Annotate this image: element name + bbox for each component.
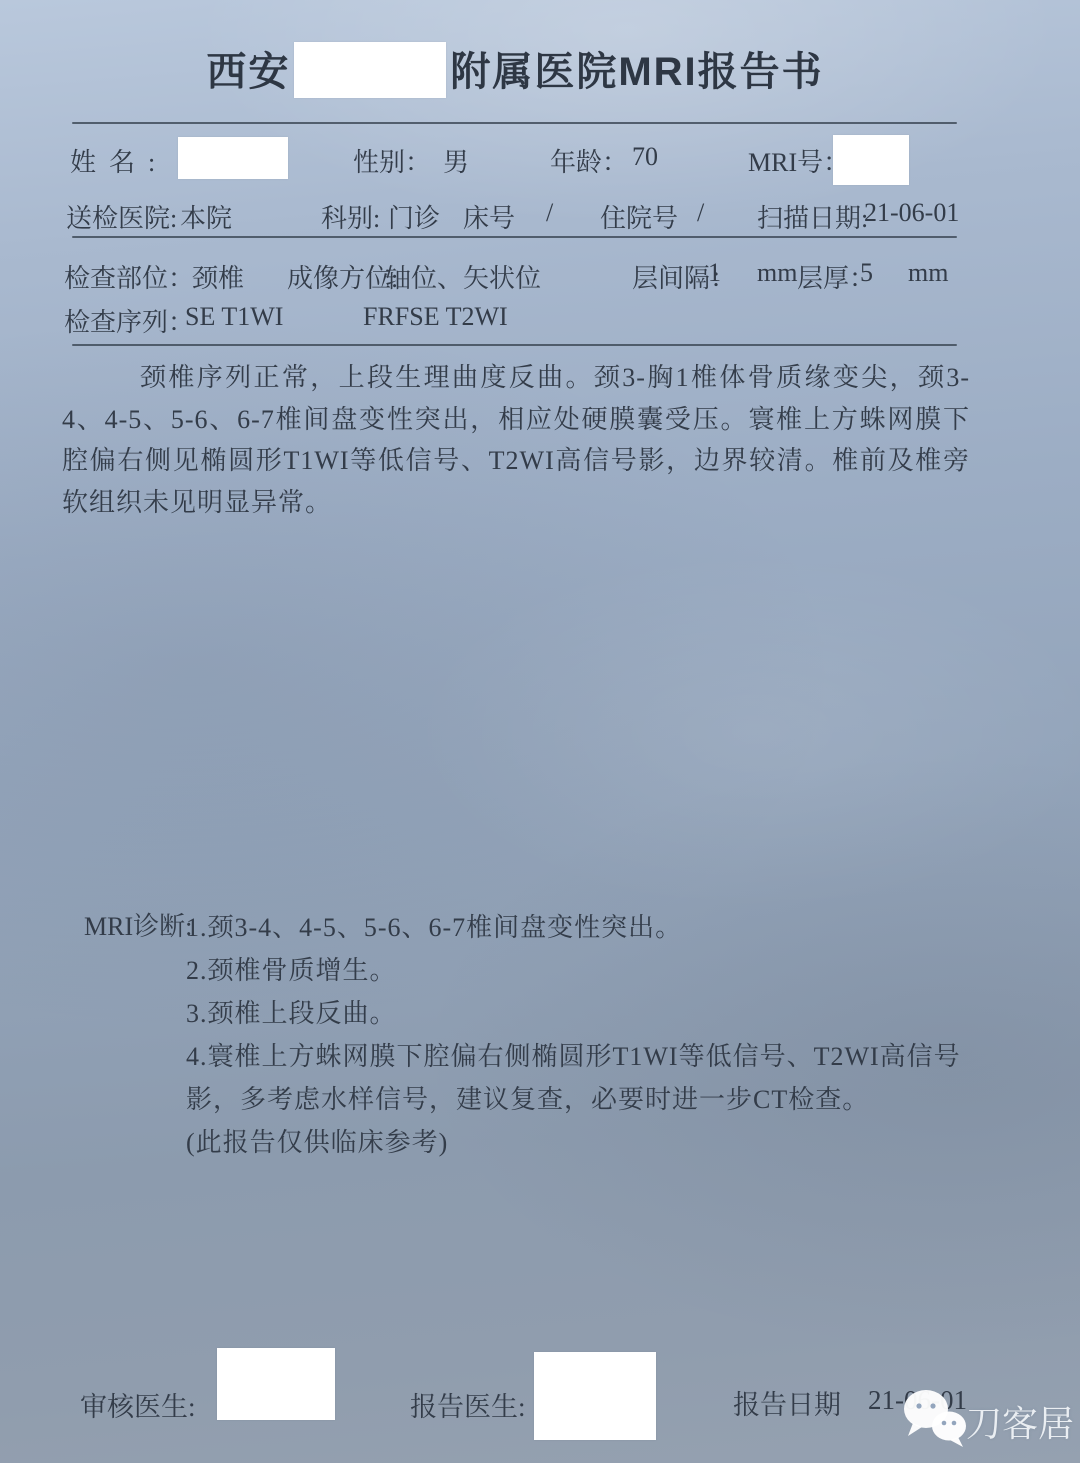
redaction-hospital-name bbox=[294, 42, 446, 98]
redaction-patient-name bbox=[178, 137, 288, 179]
diagnosis-item-3: 3.颈椎上段反曲。 bbox=[186, 992, 998, 1035]
bed-label: 床号 bbox=[463, 198, 515, 235]
inpatient-no-label: 住院号 bbox=[600, 198, 678, 235]
divider-top bbox=[72, 122, 957, 124]
diagnosis-list: 1.颈3-4、4-5、5-6、6-7椎间盘变性突出。 2.颈椎骨质增生。 3.颈… bbox=[186, 906, 998, 1164]
sequence-label: 检查序列： bbox=[64, 302, 194, 339]
divider-bottom bbox=[72, 344, 957, 346]
slice-thickness-unit: mm bbox=[908, 258, 948, 288]
gender-value: 男 bbox=[443, 142, 469, 179]
hospital-value: 本院 bbox=[180, 198, 232, 235]
scan-date-label: 扫描日期: bbox=[757, 198, 868, 235]
diagnosis-item-2: 2.颈椎骨质增生。 bbox=[186, 949, 998, 992]
age-label: 年龄： bbox=[550, 142, 628, 179]
orientation-value: 轴位、矢状位 bbox=[385, 258, 541, 295]
dept-value: 门诊 bbox=[388, 198, 440, 235]
report-date-label: 报告日期 bbox=[733, 1383, 841, 1422]
mri-report-photo: 西安附属医院MRI报告书 姓 名 : 性别： 男 年龄： 70 MRI号： 送检… bbox=[0, 0, 1080, 1463]
slice-gap-value: 1 bbox=[708, 258, 721, 288]
age-value: 70 bbox=[632, 142, 658, 172]
report-title-suffix: 附属医院MRI报告书 bbox=[450, 50, 823, 94]
findings-paragraph: 颈椎序列正常，上段生理曲度反曲。颈3-胸1椎体骨质缘变尖，颈3-4、4-5、5-… bbox=[62, 357, 970, 523]
report-title-prefix: 西安 bbox=[206, 50, 290, 94]
divider-middle bbox=[72, 236, 957, 238]
redaction-report-doctor bbox=[534, 1352, 656, 1440]
exam-part-value: 颈椎 bbox=[192, 258, 244, 295]
inpatient-no-value: / bbox=[697, 198, 704, 228]
scan-date-value: 21-06-01 bbox=[864, 198, 959, 228]
exam-part-label: 检查部位： bbox=[64, 258, 194, 295]
watermark-text: 刀客居 bbox=[966, 1396, 1074, 1447]
redaction-mri-no bbox=[833, 135, 909, 185]
gender-label: 性别： bbox=[353, 142, 431, 179]
diagnosis-note: (此报告仅供临床参考) bbox=[186, 1121, 998, 1164]
report-doctor-label: 报告医生: bbox=[410, 1385, 526, 1424]
sequence-2-value: FRFSE T2WI bbox=[363, 302, 508, 332]
orientation-label: 成像方位: bbox=[287, 258, 398, 295]
report-title: 西安附属医院MRI报告书 bbox=[75, 40, 955, 106]
wechat-icon bbox=[901, 1386, 969, 1450]
review-doctor-label: 审核医生: bbox=[80, 1385, 196, 1424]
bed-value: / bbox=[546, 198, 553, 228]
sequence-1-value: SE T1WI bbox=[185, 302, 283, 332]
hospital-label: 送检医院: bbox=[66, 198, 177, 235]
diagnosis-label: MRI诊断: bbox=[84, 906, 192, 943]
slice-gap-unit: mm bbox=[757, 258, 797, 288]
diagnosis-item-4: 4.寰椎上方蛛网膜下腔偏右侧椭圆形T1WI等低信号、T2WI高信号影，多考虑水样… bbox=[186, 1035, 998, 1121]
name-label: 姓 名 : bbox=[70, 142, 155, 179]
redaction-review-doctor bbox=[217, 1348, 335, 1420]
dept-label: 科别: bbox=[321, 198, 380, 235]
slice-thickness-value: 5 bbox=[860, 258, 873, 288]
diagnosis-item-1: 1.颈3-4、4-5、5-6、6-7椎间盘变性突出。 bbox=[186, 906, 998, 949]
